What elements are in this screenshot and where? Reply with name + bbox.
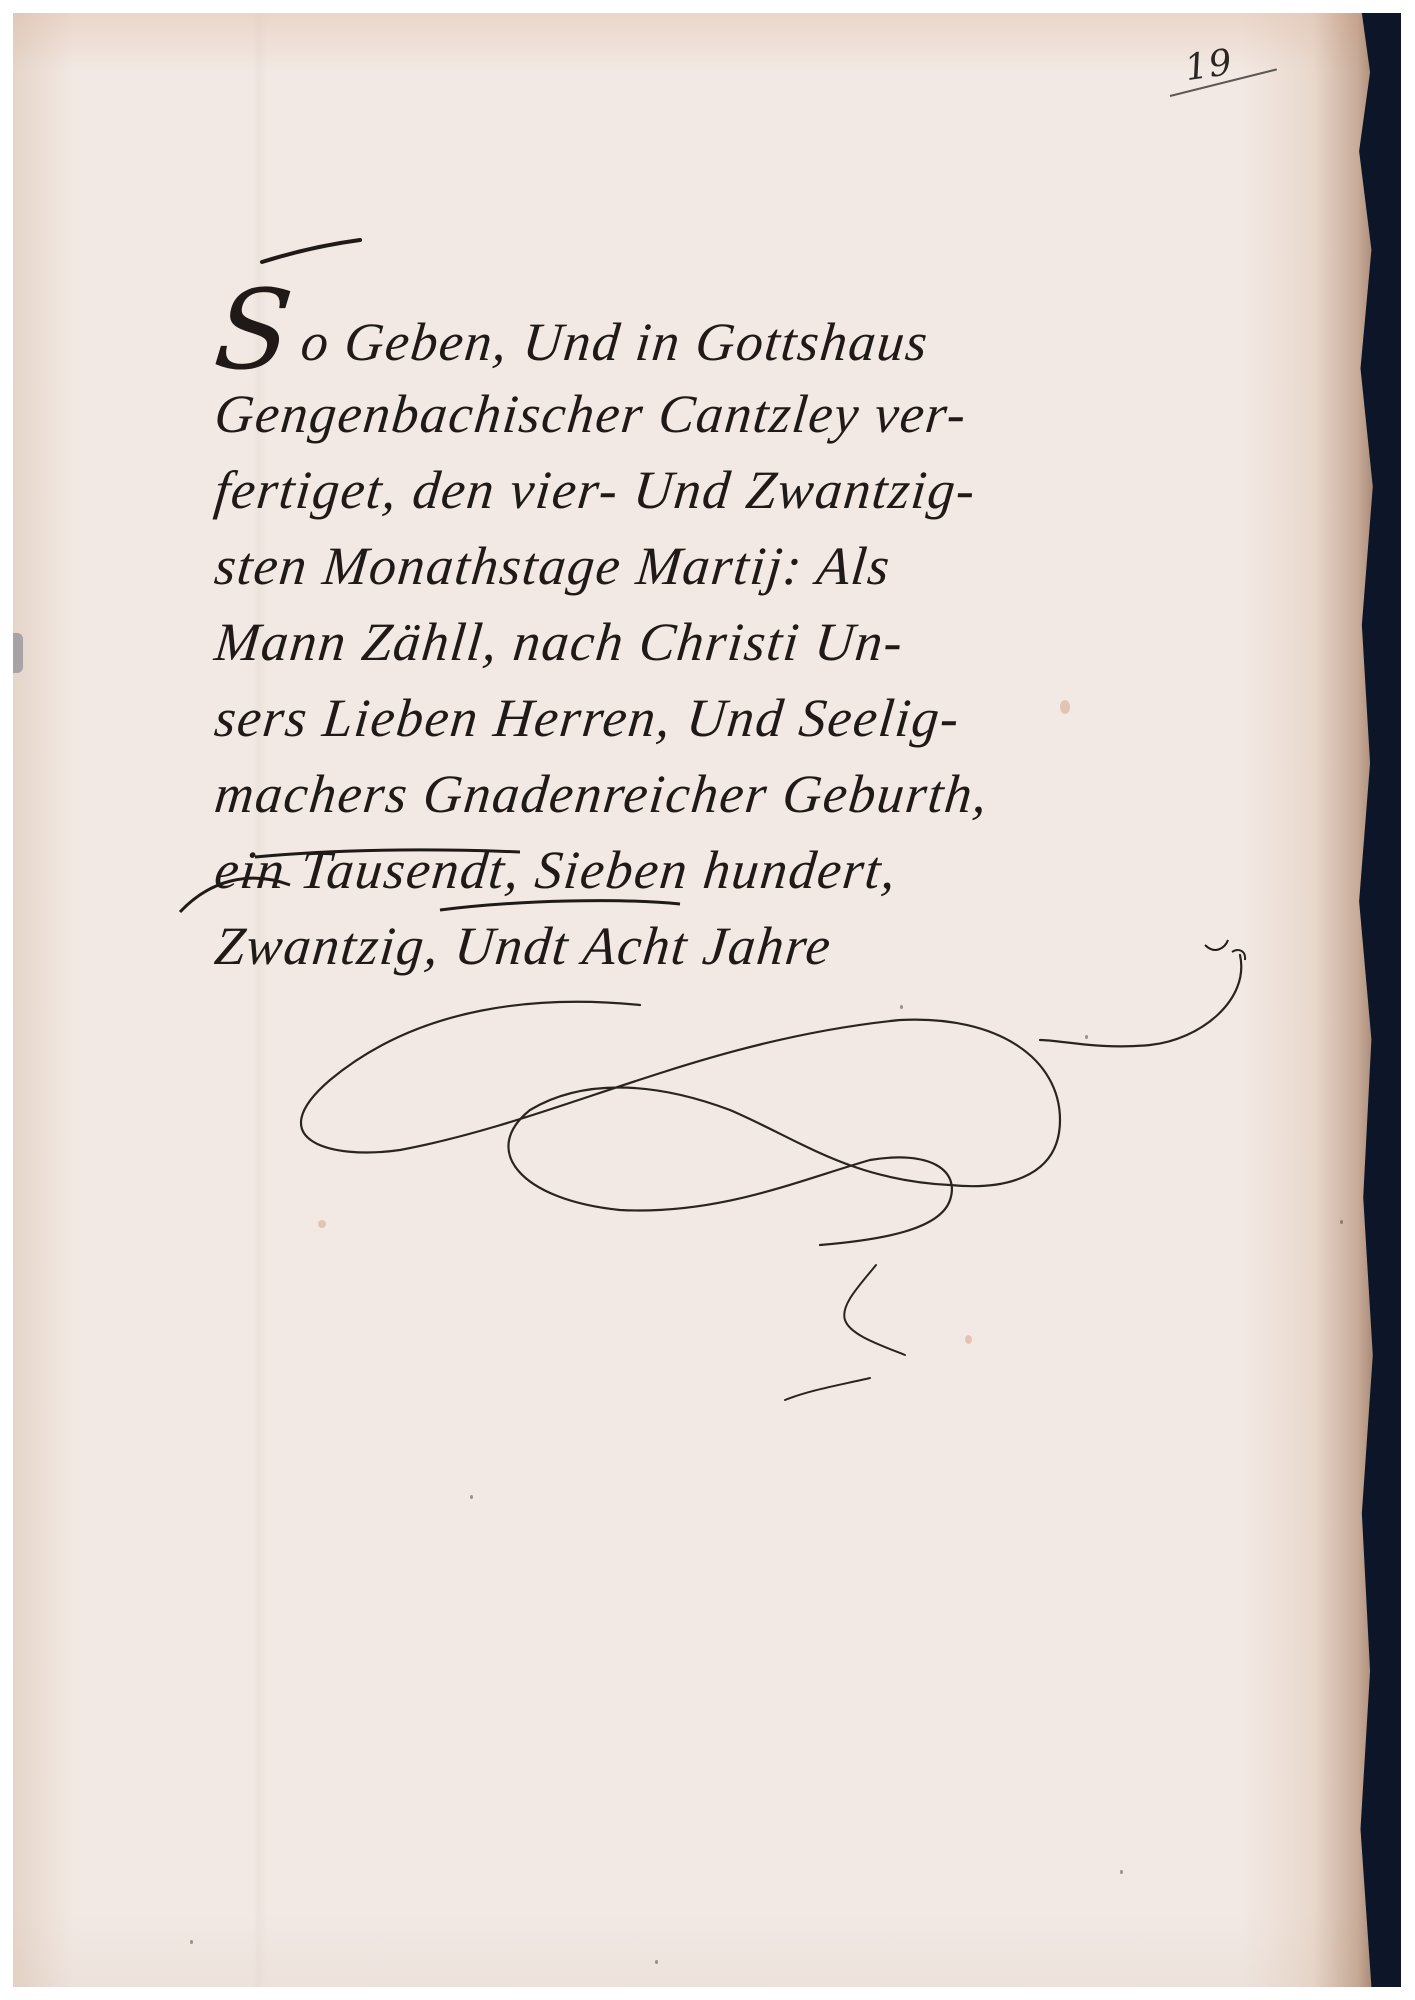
manuscript-line-7: machers Gnadenreicher Geburth, [211,756,1299,832]
paper-stain [1060,700,1070,714]
manuscript-line-8: ein Tausendt, Sieben hundert, [211,832,1299,908]
manuscript-line-4: sten Monathstage Martij: Als [211,528,1299,604]
manuscript-line-6: sers Lieben Herren, Und Seelig- [211,680,1299,756]
paper-stain [965,1335,972,1344]
manuscript-line-1: So Geben, Und in Gottshaus [211,300,1299,376]
manuscript-line-5: Mann Zähll, nach Christi Un- [211,604,1299,680]
manuscript-line-3: fertiget, den vier- Und Zwantzig- [211,452,1299,528]
line-text: o Geben, Und in Gottshaus [298,312,931,372]
manuscript-text: So Geben, Und in Gottshaus Gengenbachisc… [215,300,1295,984]
binding-mark [13,633,23,673]
paper-stain [318,1220,326,1228]
manuscript-line-2: Gengenbachischer Cantzley ver- [211,376,1299,452]
manuscript-line-9: Zwantzig, Undt Acht Jahre [211,908,1299,984]
decorated-initial: S [209,266,299,394]
